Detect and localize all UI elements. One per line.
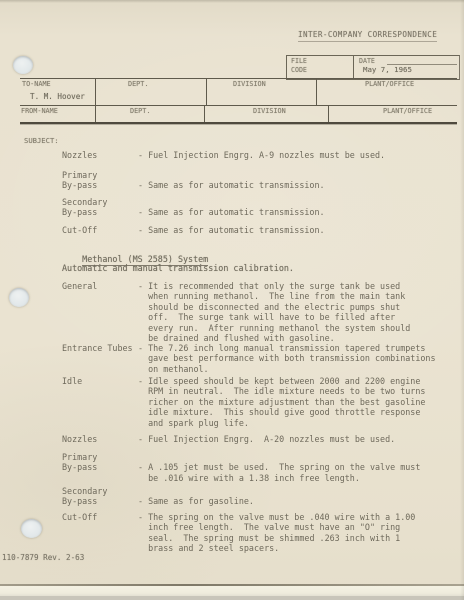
memo-entry-secondary-bypass: Secondary By-pass - Same as for automati… [62, 197, 456, 218]
to-name-value: T. M. Hoover [30, 92, 85, 101]
file-code-label: FILE CODE [291, 57, 307, 74]
entry-text: - Same as for automatic transmission. [138, 170, 456, 191]
table-divider [316, 78, 317, 105]
memo-entry-primary-bypass: Primary By-pass - Same as for automatic … [62, 170, 456, 191]
memo-entry-general: General - It is recommended that only th… [62, 281, 456, 343]
memo-entry-cutoff: Cut-Off - Same as for automatic transmis… [62, 225, 456, 235]
dept-label: DEPT. [130, 107, 150, 115]
to-name-label: TO-NAME [22, 80, 51, 88]
dept-label: DEPT. [128, 80, 148, 88]
punch-hole [21, 519, 42, 538]
entry-text: - The spring on the valve must be .040 w… [138, 512, 456, 554]
memo-entry-entrance-tubes: Entrance Tubes - The 7.26 inch long manu… [62, 343, 456, 374]
table-divider [95, 105, 96, 122]
entry-text: - Fuel Injection Engrg. A-20 nozzles mus… [138, 434, 456, 444]
entry-label: General [62, 281, 97, 291]
filebox-divider [353, 56, 354, 79]
entry-text: - The 7.26 inch long manual transmission… [138, 343, 456, 374]
document-title: INTER-COMPANY CORRESPONDENCE [298, 30, 437, 42]
memo-entry-nozzles-methanol: Nozzles - Fuel Injection Engrg. A-20 noz… [62, 434, 456, 444]
memo-entry-secondary-bypass-methanol: Secondary By-pass - Same as for gasoline… [62, 486, 456, 507]
entry-label: Entrance Tubes [62, 343, 133, 353]
table-line-top [20, 78, 457, 79]
entry-label: Cut-Off [62, 512, 97, 522]
memo-entry-primary-bypass-methanol: Primary By-pass - A .105 jet must be use… [62, 452, 456, 483]
entry-label: Primary By-pass [62, 452, 97, 473]
memo-entry-nozzles: Nozzles - Fuel Injection Engrg. A-9 nozz… [62, 150, 456, 160]
entry-text: - Idle speed should be kept between 2000… [138, 376, 456, 428]
entry-label: Idle [62, 376, 82, 386]
entry-text: - Same as for automatic transmission. [138, 197, 456, 218]
entry-text: - A .105 jet must be used. The spring on… [138, 452, 456, 483]
file-code-date-box: FILE CODE DATE May 7, 1965 [286, 55, 460, 80]
plant-office-label: PLANT/OFFICE [365, 80, 414, 88]
entry-label: Nozzles [62, 150, 97, 160]
date-label: DATE [359, 57, 375, 65]
methanol-intro: Automatic and manual transmission calibr… [62, 263, 294, 273]
entry-text: - Fuel Injection Engrg. A-9 nozzles must… [138, 150, 456, 160]
plant-office-label: PLANT/OFFICE [383, 107, 432, 115]
table-line-bottom [20, 122, 457, 124]
entry-label: Secondary By-pass [62, 486, 107, 507]
address-table: TO-NAME DEPT. DIVISION PLANT/OFFICE T. M… [20, 78, 457, 123]
punch-hole [9, 288, 29, 307]
table-divider [206, 78, 207, 105]
entry-text: - Same as for automatic transmission. [138, 225, 456, 235]
entry-text: - It is recommended that only the surge … [138, 281, 456, 343]
entry-text: - Same as for gasoline. [138, 486, 456, 507]
entry-label: Primary By-pass [62, 170, 97, 191]
table-divider [328, 105, 329, 122]
table-line-middle [20, 105, 457, 106]
division-label: DIVISION [253, 107, 286, 115]
entry-label: Secondary By-pass [62, 197, 107, 218]
memo-page: INTER-COMPANY CORRESPONDENCE FILE CODE D… [0, 0, 464, 600]
memo-entry-cutoff-methanol: Cut-Off - The spring on the valve must b… [62, 512, 456, 554]
scan-background [0, 596, 464, 600]
entry-label: Cut-Off [62, 225, 97, 235]
memo-entry-idle: Idle - Idle speed should be kept between… [62, 376, 456, 428]
division-label: DIVISION [233, 80, 266, 88]
entry-label: Nozzles [62, 434, 97, 444]
date-value: May 7, 1965 [363, 65, 412, 74]
underlying-sheet [0, 586, 464, 596]
subject-label: SUBJECT: [24, 136, 59, 145]
table-divider [204, 105, 205, 122]
form-number: 110-7879 Rev. 2-63 [2, 553, 84, 562]
punch-hole [13, 56, 33, 74]
table-divider [95, 78, 96, 105]
from-name-label: FROM-NAME [21, 107, 58, 115]
